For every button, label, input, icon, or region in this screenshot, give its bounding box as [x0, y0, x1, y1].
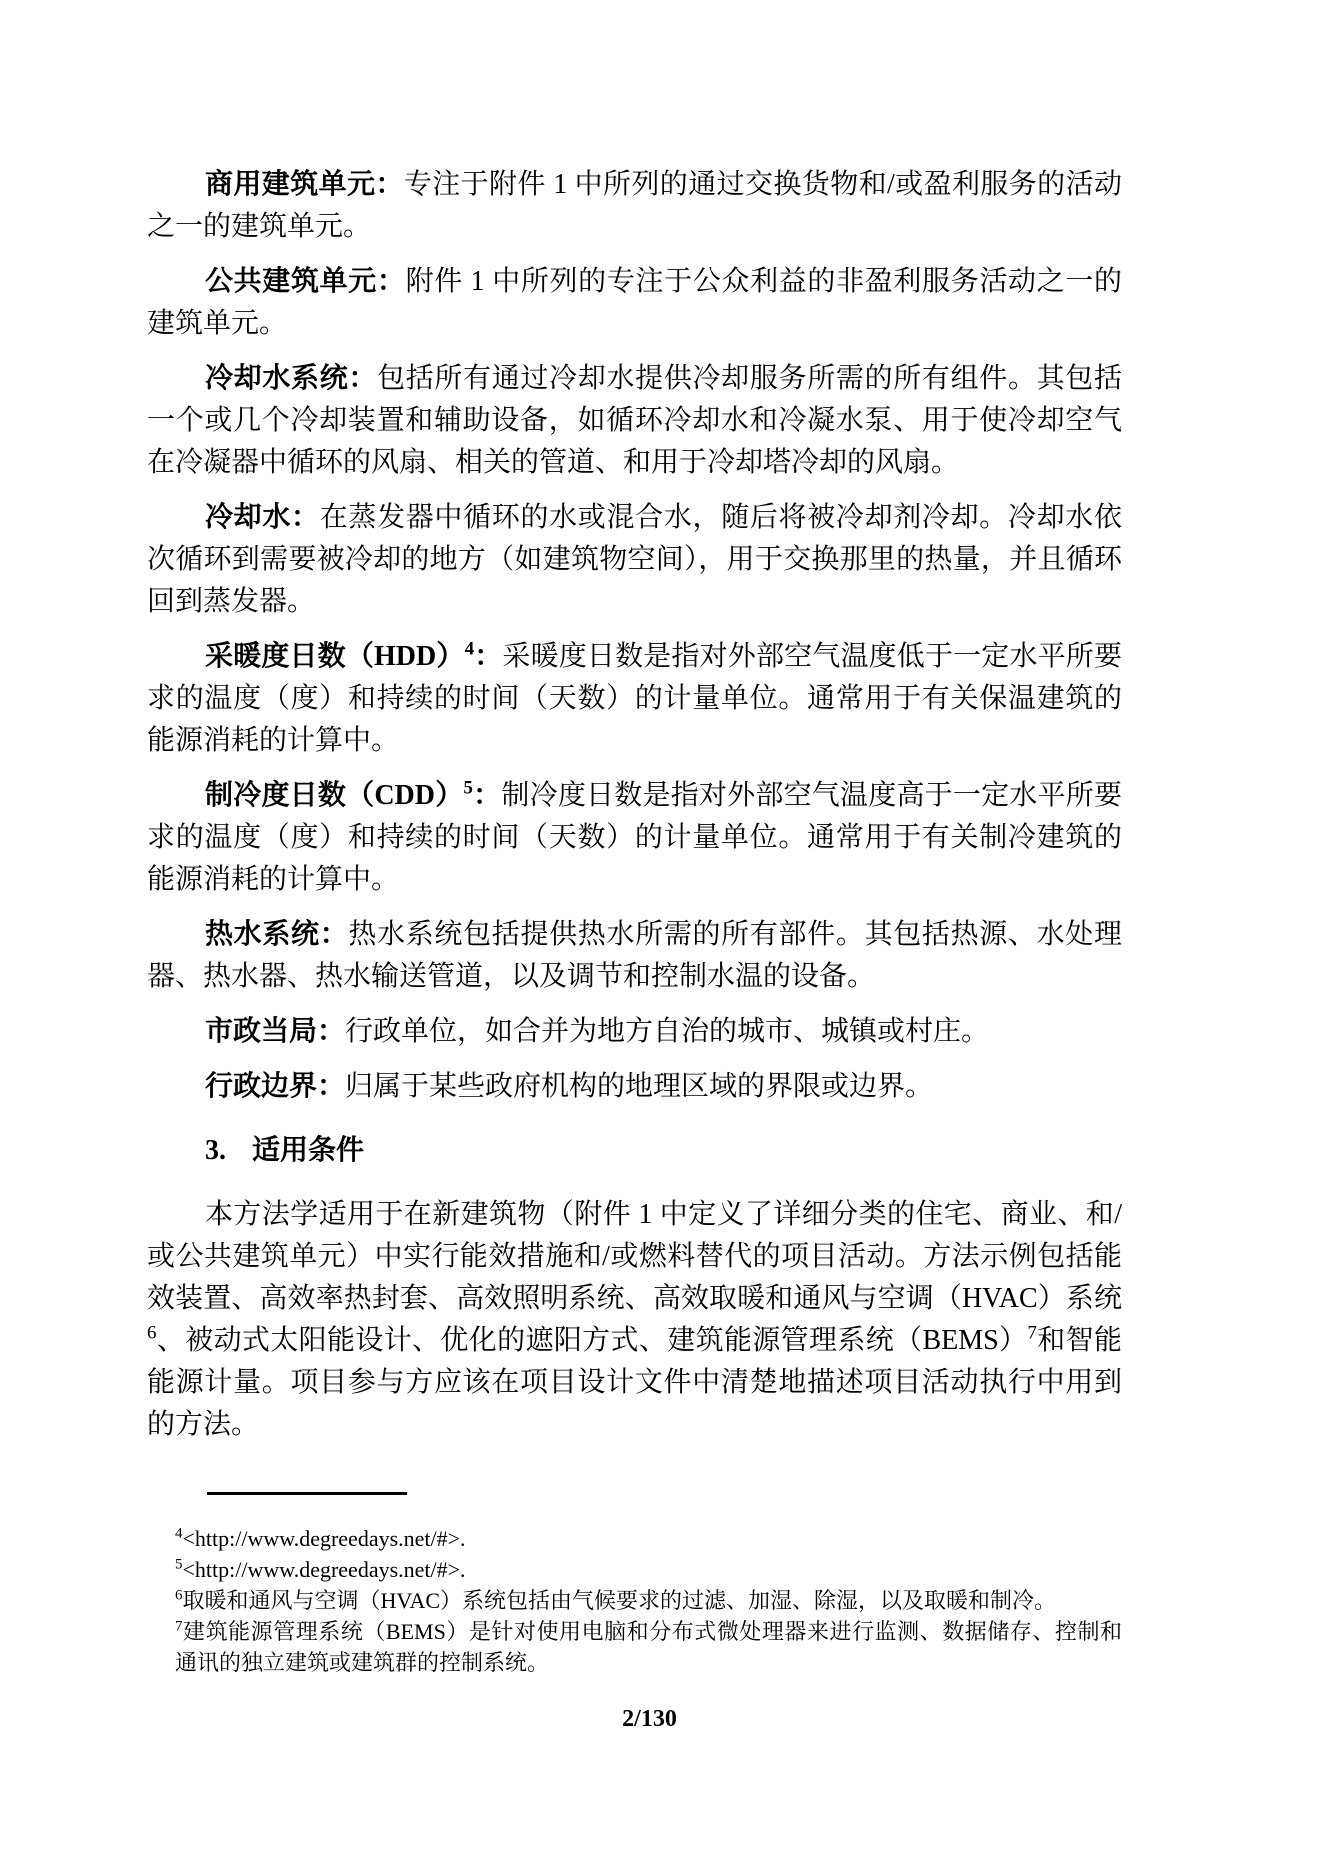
definition-paragraph: 冷却水：在蒸发器中循环的水或混合水，随后将被冷却剂冷却。冷却水依次循环到需要被冷…	[147, 497, 1122, 623]
section-heading: 3.适用条件	[147, 1130, 1122, 1172]
definition-paragraph: 市政当局：行政单位，如合并为地方自治的城市、城镇或村庄。	[147, 1011, 1122, 1053]
footnote-text: <http://www.degreedays.net/#>.	[183, 1557, 466, 1582]
footnote-text: 建筑能源管理系统（BEMS）是针对使用电脑和分布式微处理器来进行监测、数据储存、…	[175, 1619, 1122, 1675]
section-number: 3.	[205, 1135, 226, 1166]
footnote-number: 4	[175, 1526, 183, 1542]
definition-term: 冷却水：	[205, 502, 320, 533]
definition-term-colon: ：	[474, 641, 502, 672]
footnote-5: 5<http://www.degreedays.net/#>.	[175, 1554, 1122, 1585]
footnote-number: 5	[175, 1557, 183, 1573]
footnote-6: 6取暖和通风与空调（HVAC）系统包括由气候要求的过滤、加湿、除湿，以及取暖和制…	[175, 1585, 1122, 1616]
footnote-ref-4: 4	[465, 639, 475, 660]
definition-paragraph: 行政边界：归属于某些政府机构的地理区域的界限或边界。	[147, 1066, 1122, 1108]
definition-paragraph: 制冷度日数（CDD）5：制冷度日数是指对外部空气温度高于一定水平所要求的温度（度…	[147, 775, 1122, 901]
definition-paragraph: 热水系统：热水系统包括提供热水所需的所有部件。其包括热源、水处理器、热水器、热水…	[147, 914, 1122, 998]
definition-term: 商用建筑单元：	[205, 169, 404, 200]
definition-paragraph: 冷却水系统：包括所有通过冷却水提供冷却服务所需的所有组件。其包括一个或几个冷却装…	[147, 358, 1122, 484]
definition-term: 行政边界：	[205, 1071, 345, 1102]
definition-paragraph: 公共建筑单元：附件 1 中所列的专注于公众利益的非盈利服务活动之一的建筑单元。	[147, 261, 1122, 345]
footnote-number: 6	[175, 1588, 183, 1604]
page-number: 2/130	[177, 1706, 1122, 1733]
applicability-paragraph: 本方法学适用于在新建筑物（附件 1 中定义了详细分类的住宅、商业、和/或公共建筑…	[147, 1194, 1122, 1446]
footnote-text: 取暖和通风与空调（HVAC）系统包括由气候要求的过滤、加湿、除湿，以及取暖和制冷…	[183, 1588, 1057, 1613]
definition-paragraph: 商用建筑单元：专注于附件 1 中所列的通过交换货物和/或盈利服务的活动之一的建筑…	[147, 164, 1122, 248]
definition-term: 制冷度日数（CDD）	[205, 780, 463, 811]
document-page: 商用建筑单元：专注于附件 1 中所列的通过交换货物和/或盈利服务的活动之一的建筑…	[0, 0, 1323, 1871]
footnote-area: 4<http://www.degreedays.net/#>. 5<http:/…	[147, 1492, 1122, 1678]
definition-text: 归属于某些政府机构的地理区域的界限或边界。	[345, 1071, 933, 1102]
definition-term: 热水系统：	[205, 919, 348, 950]
footnotes: 4<http://www.degreedays.net/#>. 5<http:/…	[175, 1523, 1122, 1678]
section-title: 适用条件	[252, 1135, 364, 1166]
definition-paragraph: 采暖度日数（HDD）4：采暖度日数是指对外部空气温度低于一定水平所要求的温度（度…	[147, 636, 1122, 762]
definition-term-colon: ：	[473, 780, 501, 811]
definition-term: 市政当局：	[205, 1016, 345, 1047]
footnote-ref-5: 5	[463, 778, 473, 799]
footnote-4: 4<http://www.degreedays.net/#>.	[175, 1523, 1122, 1554]
footnote-ref-7: 7	[1027, 1323, 1037, 1344]
footnote-number: 7	[175, 1619, 183, 1635]
footnote-text: <http://www.degreedays.net/#>.	[183, 1526, 466, 1551]
definition-term: 公共建筑单元：	[205, 266, 406, 297]
applicability-text: 本方法学适用于在新建筑物（附件 1 中定义了详细分类的住宅、商业、和/或公共建筑…	[147, 1199, 1122, 1314]
footnote-separator	[207, 1492, 407, 1495]
definition-term: 采暖度日数（HDD）	[205, 641, 465, 672]
definition-term: 冷却水系统：	[205, 363, 377, 394]
footnote-7: 7建筑能源管理系统（BEMS）是针对使用电脑和分布式微处理器来进行监测、数据储存…	[175, 1616, 1122, 1678]
applicability-text: 、被动式太阳能设计、优化的遮阳方式、建筑能源管理系统（BEMS）	[157, 1325, 1028, 1356]
footnote-ref-6: 6	[147, 1323, 157, 1344]
definition-text: 行政单位，如合并为地方自治的城市、城镇或村庄。	[345, 1016, 989, 1047]
